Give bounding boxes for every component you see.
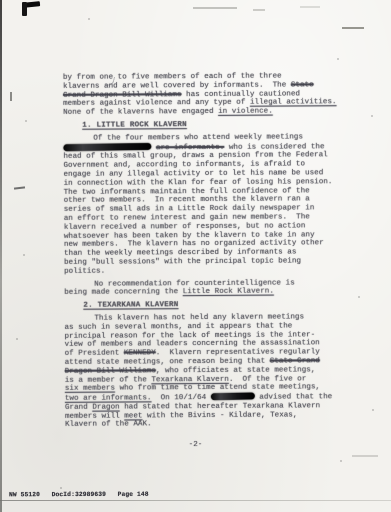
little-rock-paragraph: Of the four members who attend weekly me… <box>63 133 348 276</box>
section-heading-label: 2. TEXARKANA KLAVERN <box>83 301 178 310</box>
struck-text: Grand Dragon Bill Williams <box>63 91 182 100</box>
underlined-text: in violence. <box>218 108 273 116</box>
scan-corner-mark <box>22 2 27 16</box>
scan-artifact <box>193 7 237 9</box>
underlined-text: meet <box>124 412 142 420</box>
struck-text: State Grand <box>270 357 320 365</box>
underlined-text: Little Rock Klavern. <box>183 288 274 297</box>
texarkana-paragraph: This klavern has not held any klavern me… <box>64 313 349 430</box>
scan-artifact <box>10 92 12 101</box>
text-segment: None of the klaverns have engaged <box>63 108 218 117</box>
text-line: being made concerning the Little Rock Kl… <box>64 287 348 298</box>
page-number: -2- <box>0 441 391 449</box>
text-segment: is a member of the <box>65 376 152 385</box>
underlined-text: six members <box>65 385 115 393</box>
text-line: Klavern of the AAK. <box>65 420 349 431</box>
text-segment: who is considered the <box>224 143 324 152</box>
scan-artifact <box>352 455 378 457</box>
text-segment: members will <box>65 412 124 420</box>
scan-speck <box>358 296 360 298</box>
scan-speck <box>88 18 90 20</box>
text-segment: politics. <box>64 267 105 275</box>
struck-text: State <box>291 81 314 89</box>
text-line: None of the klaverns have engaged in vio… <box>63 107 347 118</box>
heading-texarkana-klavern: 2. TEXARKANA KLAVERN <box>83 300 348 310</box>
footer-rule <box>0 500 391 501</box>
underlined-text: illegal activities. <box>250 99 337 108</box>
scan-artifact <box>14 186 25 189</box>
text-segment: attend state meetings, one reason being … <box>65 358 270 367</box>
document-text: by from one to five members of each of t… <box>63 69 349 434</box>
redaction-bar <box>63 142 151 150</box>
scan-speck <box>372 409 374 411</box>
no-recommendation-paragraph: No recommendation for counterintelligenc… <box>64 279 348 298</box>
underlined-text: Dragon <box>92 403 119 411</box>
heading-little-rock-klavern: 1. LITTLE ROCK KLAVERN <box>82 120 347 130</box>
text-segment: being made concerning the <box>64 288 183 297</box>
scan-speck <box>25 120 27 122</box>
text-segment: On 10/1/64 <box>151 394 210 402</box>
text-segment: of President <box>65 350 124 358</box>
scanned-document-page: by from one to five members of each of t… <box>0 0 391 512</box>
scan-speck <box>23 254 25 256</box>
footer-stamp: NW 55120 DocId:32989639 Page 148 <box>9 491 149 498</box>
text-segment: This klavern has not held any klavern me… <box>94 313 304 322</box>
intro-paragraph: by from one to five members of each of t… <box>63 72 347 118</box>
text-segment: , who officiates at state meetings, <box>156 366 316 375</box>
text-segment: advised that the <box>255 393 333 401</box>
text-segment: members against violence and any type of <box>63 99 250 108</box>
text-segment: has continually cautioned <box>182 90 301 99</box>
scan-edge-artifact <box>0 0 2 512</box>
struck-text: Dragon Bill Williams <box>65 367 156 376</box>
underlined-text: two are informants. <box>65 394 152 403</box>
scan-artifact <box>253 9 265 11</box>
text-segment: Grand <box>65 404 92 412</box>
struck-text: are informants. <box>156 143 224 151</box>
text-segment: as such in several months, and it appear… <box>64 322 292 331</box>
scan-speck <box>337 58 339 60</box>
text-segment: being "bull sessions" with the principal… <box>64 257 301 266</box>
text-segment: . Of the five or <box>229 375 307 383</box>
text-segment: had stated that hereafter Texarkana Klav… <box>120 402 321 411</box>
text-segment: by from one to five members of each of t… <box>63 73 282 82</box>
text-segment: . Klavern representatives regularly <box>156 348 320 357</box>
scan-speck <box>340 460 342 462</box>
scan-artifact <box>300 6 320 8</box>
scan-speck <box>16 338 18 340</box>
text-segment: with the Bivins - Kildare, Texas, <box>142 411 297 420</box>
struck-text: KENNEDY <box>124 349 156 357</box>
section-heading-label: 1. LITTLE ROCK KLAVERN <box>82 121 187 130</box>
scan-speck <box>371 115 373 117</box>
scan-artifact <box>342 27 364 29</box>
underlined-text: Texarkana Klavern <box>151 375 229 383</box>
redaction-bar <box>211 393 255 401</box>
text-segment: Klavern of the AAK. <box>65 421 152 430</box>
text-segment: who from time to time attend state meeti… <box>115 384 320 393</box>
text-segment: Of the four members who attend weekly me… <box>93 133 303 142</box>
text-line: politics. <box>64 266 348 277</box>
scan-speck <box>60 487 62 489</box>
text-segment: klaverns and are well covered by informa… <box>63 81 291 90</box>
